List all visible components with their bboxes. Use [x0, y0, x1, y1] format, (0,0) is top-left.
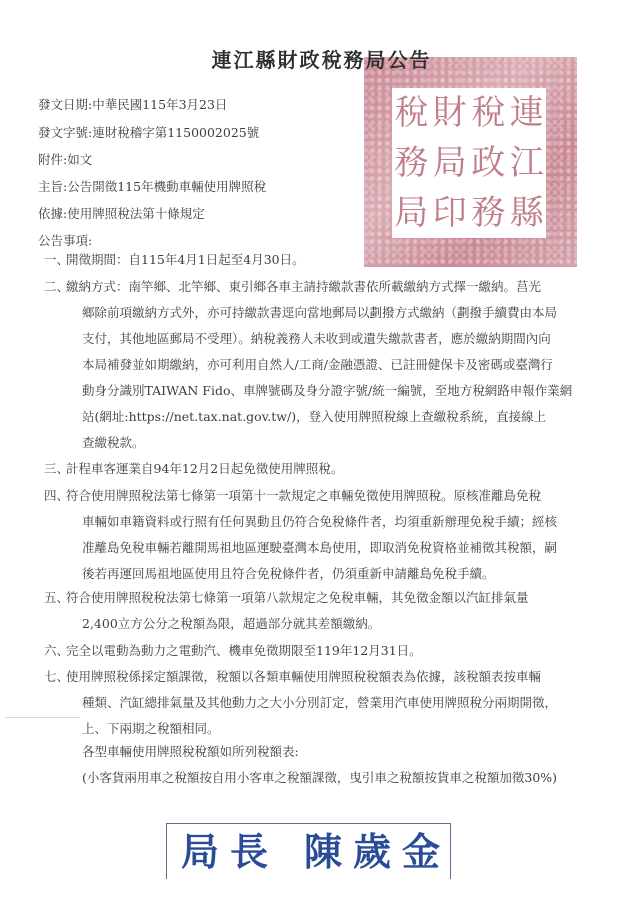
- signature-char: 歲: [353, 833, 391, 871]
- item-line: 2,400立方公分之稅額為限，超過部分就其差額繳納。: [44, 611, 604, 637]
- attachment: 附件:如文: [38, 150, 92, 168]
- item-line: 准離島免稅車輛若離開馬祖地區運駛臺灣本島使用，即取消免稅資格並補徵其稅額，嗣: [44, 535, 604, 561]
- signature-char: 長: [230, 833, 268, 871]
- item-line: 三、計程車客運業自94年12月2日起免徵使用牌照稅。: [44, 456, 604, 482]
- seal-char: 縣: [508, 188, 547, 238]
- item-line: 種類、汽缸總排氣量及其他動力之大小分別訂定，營業用汽車使用牌照稅分兩期開徵，: [44, 690, 604, 716]
- issue-date: 發文日期:中華民國115年3月23日: [38, 95, 227, 113]
- seal-char: 局: [392, 188, 431, 238]
- item-line: 車輛如車籍資料或行照有任何異動且仍符合免稅條件者，均須重新辦理免稅手續；經核: [44, 509, 604, 535]
- seal-char: 政: [469, 138, 508, 188]
- item-line: 鄉除前項繳納方式外，亦可持繳款書逕向當地郵局以劃撥方式繳納（劃撥手續費由本局: [44, 300, 604, 326]
- item-number: 一、: [44, 247, 66, 273]
- seal-char: 稅: [392, 88, 431, 138]
- item-line: 一、開徵期間：自115年4月1日起至4月30日。: [44, 247, 604, 273]
- item-line: 二、繳納方式：南竿鄉、北竿鄉、東引鄉各車主請持繳款書依所載繳納方式擇一繳納。莒光: [44, 274, 604, 300]
- announcement-title: 連江縣財政稅務局公告: [0, 44, 637, 73]
- item-line: 五、符合使用牌照稅稅法第七條第一項第八款規定之免稅車輛，其免徵金額以汽缸排氣量: [44, 585, 604, 611]
- tax-table-intro: 各型車輛使用牌照稅稅額如所列稅額表:: [82, 742, 299, 760]
- basis: 依據:使用牌照稅法第十條規定: [38, 204, 205, 222]
- seal-char: 局: [431, 138, 470, 188]
- item-number: 五、: [44, 585, 66, 611]
- item-number: 四、: [44, 483, 66, 509]
- announcement-item-6: 六、完全以電動為動力之電動汽、機車免徵期限至119年12月31日。: [44, 638, 604, 664]
- item-line: 六、完全以電動為動力之電動汽、機車免徵期限至119年12月31日。: [44, 638, 604, 664]
- announcement-item-5: 五、符合使用牌照稅稅法第七條第一項第八款規定之免稅車輛，其免徵金額以汽缸排氣量 …: [44, 585, 604, 637]
- seal-char: 財: [431, 88, 470, 138]
- seal-char: 務: [469, 188, 508, 238]
- item-line: 上、下兩期之稅額相同。: [44, 716, 604, 742]
- item-line: 查繳稅款。: [44, 430, 604, 456]
- director-signature-stamp: 局 長 陳 歲 金: [166, 823, 451, 879]
- item-number: 三、: [44, 456, 66, 482]
- item-number: 七、: [44, 664, 66, 690]
- item-line: 本局補發並如期繳納，亦可利用自然人/工商/金融憑證、已註冊健保卡及密碼或臺灣行: [44, 352, 604, 378]
- official-seal: 連 江 縣 稅 政 務 財 局 印 稅 務 局: [364, 57, 577, 267]
- seal-inner: 連 江 縣 稅 政 務 財 局 印 稅 務 局: [392, 88, 546, 238]
- item-number: 二、: [44, 274, 66, 300]
- seal-char: 連: [508, 88, 547, 138]
- item-line: 七、使用牌照稅係採定額課徵，稅額以各類車輛使用牌照稅稅額表為依據，該稅額表按車輛: [44, 664, 604, 690]
- announcement-item-7: 七、使用牌照稅係採定額課徵，稅額以各類車輛使用牌照稅稅額表為依據，該稅額表按車輛…: [44, 664, 604, 742]
- item-line: 四、符合使用牌照稅法第七條第一項第十一款規定之車輛免徵使用牌照稅。原核准離島免稅: [44, 483, 604, 509]
- item-line: 動身分識別TAIWAN Fido、車牌號碼及身分證字號/統一編號，至地方稅網路申…: [44, 378, 604, 404]
- seal-char: 江: [508, 138, 547, 188]
- signature-char: 金: [402, 833, 440, 871]
- signature-char: 局: [181, 833, 219, 871]
- announcement-item-1: 一、開徵期間：自115年4月1日起至4月30日。: [44, 247, 604, 273]
- tax-table-remark: (小客貨兩用車之稅額按自用小客車之稅額課徵，曳引車之稅額按貨車之稅額加徵30%): [82, 768, 557, 786]
- announcement-item-2: 二、繳納方式：南竿鄉、北竿鄉、東引鄉各車主請持繳款書依所載繳納方式擇一繳納。莒光…: [44, 274, 604, 456]
- issue-number: 發文字號:連財稅稽字第1150002025號: [38, 123, 259, 141]
- subject: 主旨:公告開徵115年機動車輛使用牌照稅: [38, 177, 266, 195]
- signature-char: 陳: [304, 833, 342, 871]
- announcement-item-4: 四、符合使用牌照稅法第七條第一項第十一款規定之車輛免徵使用牌照稅。原核准離島免稅…: [44, 483, 604, 587]
- seal-char: 印: [431, 188, 470, 238]
- item-line: 站(網址:https://net.tax.nat.gov.tw/)，登入使用牌照…: [44, 404, 604, 430]
- seal-char: 務: [392, 138, 431, 188]
- seal-char: 稅: [469, 88, 508, 138]
- item-line: 支付，其他地區郵局不受理）。納稅義務人未收到或遺失繳款書者，應於繳納期間內向: [44, 326, 604, 352]
- announcement-item-3: 三、計程車客運業自94年12月2日起免徵使用牌照稅。: [44, 456, 604, 482]
- item-number: 六、: [44, 638, 66, 664]
- item-line: 後若再運回馬祖地區使用且符合免稅條件者，仍須重新申請離島免稅手續。: [44, 561, 604, 587]
